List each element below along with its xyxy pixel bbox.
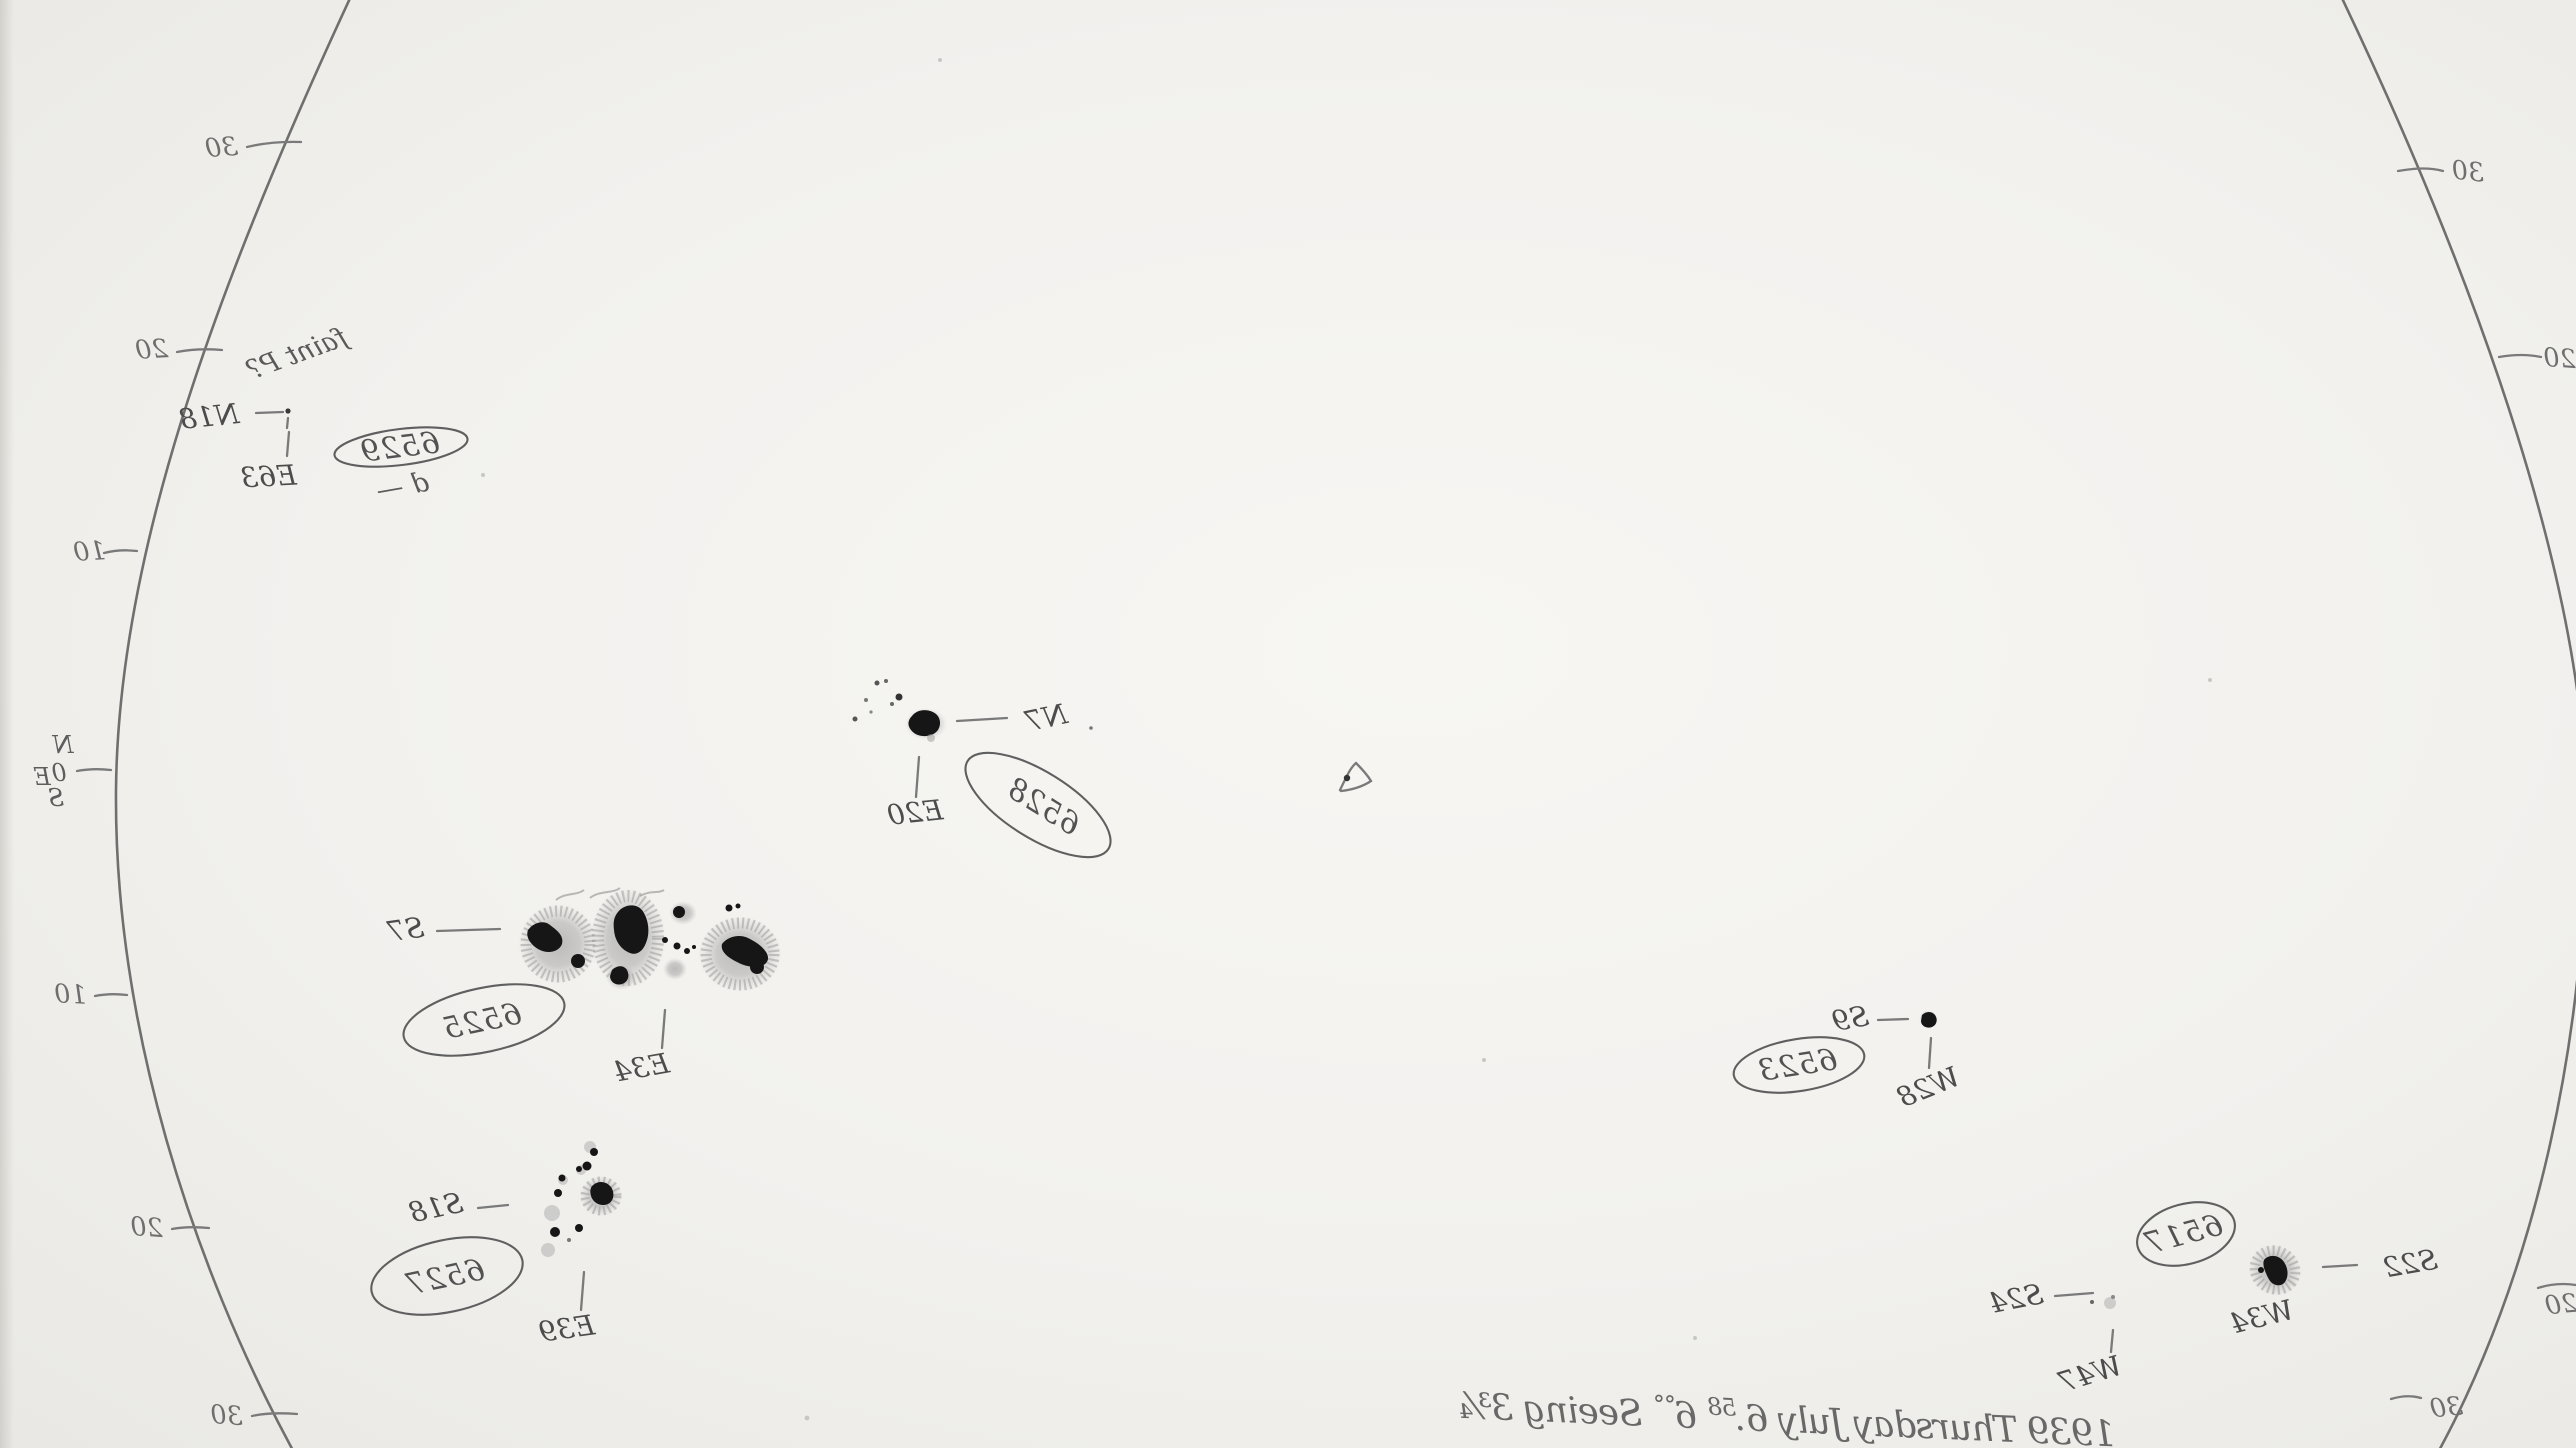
tick-mark [2538,1284,2576,1288]
group-number: 6529 [358,425,442,470]
compass-south-label: S [48,784,64,812]
date-seeing-line: 1939 Thursday July 6.58 6°° Seeing 3¾ [1457,1382,2117,1448]
latitude-label: N18 [177,397,241,436]
pointer-dash [1878,1019,1908,1020]
tick-mark [95,994,127,996]
limb-tick-label: 10 [53,979,88,1011]
connector-line [2111,1330,2113,1352]
longitude-label: W34 [2226,1293,2296,1341]
tick-mark [77,769,111,771]
group-number: 6528 [1000,771,1087,843]
longitude-label: E39 [537,1308,598,1349]
group-number: 6523 [1755,1042,1840,1089]
longitude-label: E63 [240,459,299,495]
limb-tick-label: 30 [2450,155,2486,188]
connector-line [287,432,289,456]
limb-ticks-left: 30 20 10 10 20 30 [53,132,301,1432]
limb-ticks-right: 30 20 20 30 [2391,155,2576,1424]
tick-mark [2499,355,2541,357]
limb-tick-label: 20 [129,1212,165,1244]
secondary-longitude-label: W47 [2054,1349,2125,1399]
sunspot-group-6525-spots [518,888,782,992]
solar-drawing-canvas: 30 20 10 10 20 30 30 20 20 30 N 0 E S fa… [0,0,2576,1448]
pointer-dash [957,718,1007,721]
paper-specks [481,58,2212,1420]
sunspot-group-6528: N7 E20 6528 [853,679,1126,877]
limb-tick-label: 20 [2542,343,2576,375]
limb-tick-label: 30 [204,132,239,164]
center-dot [1344,775,1350,781]
group-class-note: d — [374,467,431,507]
sunspot-group-6523-spots [1919,1010,1937,1028]
east-limb-compass: N 0 E S [33,731,111,812]
solar-limb-west-arc [2340,0,2576,1448]
tick-mark [104,550,137,553]
latitude-label: S18 [406,1186,466,1230]
latitude-label: S7 [385,911,426,949]
secondary-latitude-label: S24 [1986,1277,2046,1320]
latitude-label: S9 [1829,999,1871,1038]
connector-line [662,1010,665,1048]
latitude-label: S22 [2380,1243,2440,1285]
sunspot-group-6525: S7 6525 E34 [385,888,782,1089]
connector-line [581,1272,584,1310]
compass-north-label: N [52,731,75,759]
pointer-dash [437,929,500,931]
sunspot-group-6529: faint P? N18 E63 6529 d — [177,321,469,507]
compass-zero-label: 0 [51,759,66,787]
stray-period-dot [1089,726,1093,730]
connector-line [1929,1038,1931,1068]
pointer-dash [478,1205,508,1208]
pointer-stroke [287,418,288,428]
tick-mark [177,349,222,352]
sunspot-group-6523: S9 W28 6523 [1730,999,1965,1114]
tick-mark [247,142,301,147]
limb-tick-label: 20 [2544,1289,2576,1322]
group-number: 6527 [402,1252,488,1303]
limb-tick-label: 30 [2429,1392,2465,1425]
sunspot-group-6527: S18 6527 E39 [364,1141,622,1349]
sunspot-group-6528-spots [853,679,948,742]
longitude-label: E34 [611,1046,673,1088]
group-number: 6525 [439,996,525,1047]
disk-center-mark [1340,763,1371,791]
pointer-dash [256,412,283,413]
group-note: faint P? [242,321,353,387]
limb-tick-label: 20 [134,334,170,366]
pore-spot [285,408,290,413]
limb-tick-label: 30 [209,1400,244,1432]
sunspot-group-6527-spots [541,1141,622,1257]
pointer-dash [2055,1293,2093,1296]
limb-tick-label: 10 [72,536,107,568]
pointer-dash [2323,1265,2357,1267]
tick-mark [2391,1396,2421,1399]
tick-mark [172,1227,209,1229]
sunspot-group-6517: 6517 S22 W34 S24 W47 [1986,1192,2440,1399]
latitude-label: N7 [1022,697,1071,738]
scanned-solar-drawing-page: 30 20 10 10 20 30 30 20 20 30 N 0 E S fa… [0,0,2576,1448]
connector-line [916,757,919,797]
longitude-label: E20 [885,793,945,832]
